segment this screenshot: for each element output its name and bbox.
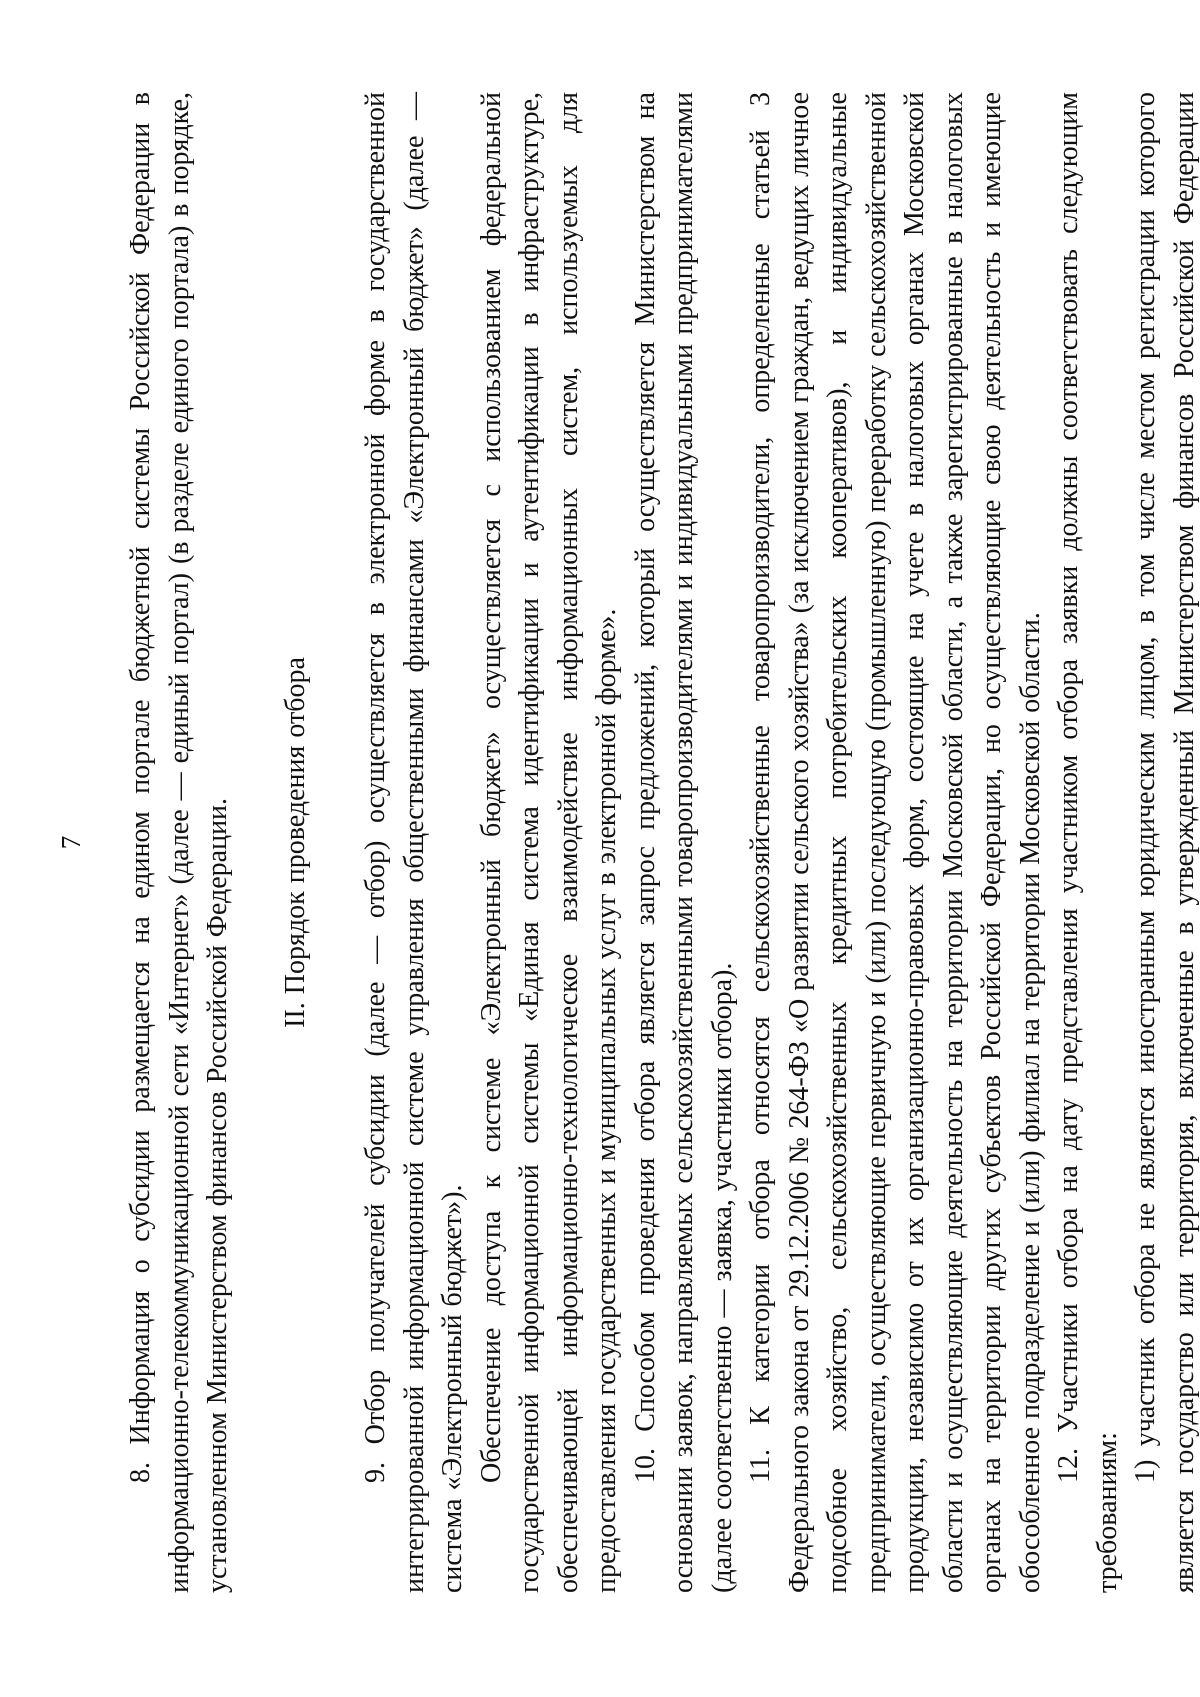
section-heading: II. Порядок проведения отбора bbox=[277, 92, 316, 1593]
document-body: 8. Информация о субсидии размещается на … bbox=[122, 92, 1200, 1593]
paragraph-10: 10. Способом проведения отбора является … bbox=[627, 92, 743, 1593]
paragraph-11: 11. К категории отбора относятся сельско… bbox=[742, 92, 1050, 1593]
document-page: 7 8. Информация о субсидии размещается н… bbox=[0, 0, 1200, 1697]
paragraph-12: 12. Участники отбора на дату представлен… bbox=[1050, 92, 1127, 1593]
paragraph-8: 8. Информация о субсидии размещается на … bbox=[122, 92, 238, 1593]
paragraph-9-access: Обеспечение доступа к системе «Электронн… bbox=[473, 92, 627, 1593]
scanned-page-viewport: 7 8. Информация о субсидии размещается н… bbox=[0, 0, 1200, 1697]
page-number: 7 bbox=[56, 92, 86, 1593]
paragraph-9: 9. Отбор получателей субсидии (далее — о… bbox=[357, 92, 473, 1593]
paragraph-12-item-1: 1) участник отбора не является иностранн… bbox=[1127, 92, 1200, 1593]
